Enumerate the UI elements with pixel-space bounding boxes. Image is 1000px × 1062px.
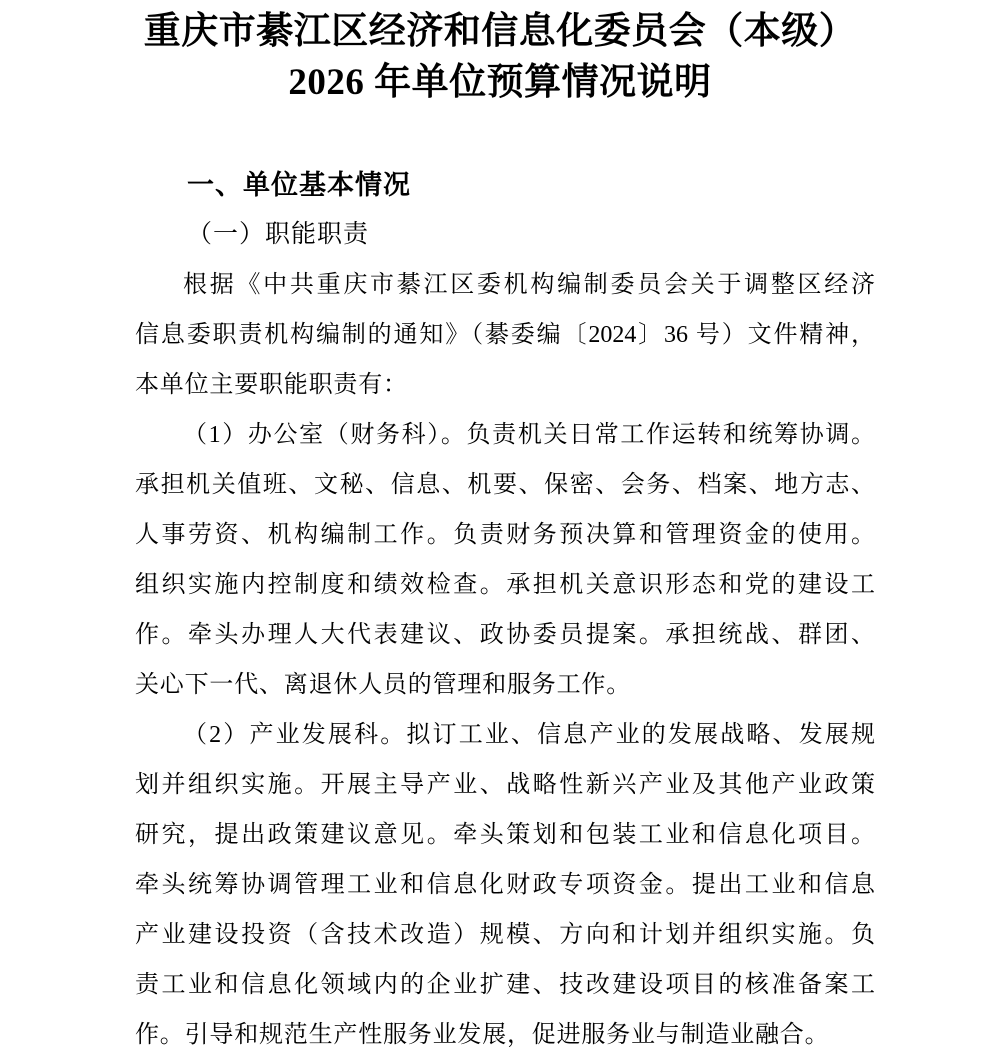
section-heading: 一、单位基本情况 <box>135 160 875 210</box>
text-line: 人事劳资、机构编制工作。负责财务预决算和管理资金的使用。 <box>135 510 875 560</box>
text-line: 作。牵头办理人大代表建议、政协委员提案。承担统战、群团、 <box>135 610 875 660</box>
text-line: 产业建设投资（含技术改造）规模、方向和计划并组织实施。负 <box>135 910 875 960</box>
text-line: 信息委职责机构编制的通知》（綦委编〔2024〕36 号）文件精神， <box>135 310 875 360</box>
text-line: 根据《中共重庆市綦江区委机构编制委员会关于调整区经济 <box>135 260 875 310</box>
text-line: 划并组织实施。开展主导产业、战略性新兴产业及其他产业政策 <box>135 760 875 810</box>
paragraph-duty-industry: （2）产业发展科。拟订工业、信息产业的发展战略、发展规 划并组织实施。开展主导产… <box>135 710 875 1060</box>
text-line: （2）产业发展科。拟订工业、信息产业的发展战略、发展规 <box>135 710 875 760</box>
document-title: 重庆市綦江区经济和信息化委员会（本级） 2026 年单位预算情况说明 <box>0 0 1000 108</box>
subsection-heading: （一）职能职责 <box>135 210 875 260</box>
text-line: 责工业和信息化领域内的企业扩建、技改建设项目的核准备案工 <box>135 960 875 1010</box>
text-line: 承担机关值班、文秘、信息、机要、保密、会务、档案、地方志、 <box>135 460 875 510</box>
text-line: 本单位主要职能职责有： <box>135 360 875 410</box>
text-line: 作。引导和规范生产性服务业发展，促进服务业与制造业融合。 <box>135 1010 875 1060</box>
text-line: 牵头统筹协调管理工业和信息化财政专项资金。提出工业和信息 <box>135 860 875 910</box>
text-line: 组织实施内控制度和绩效检查。承担机关意识形态和党的建设工 <box>135 560 875 610</box>
document-title-line-1: 重庆市綦江区经济和信息化委员会（本级） <box>0 6 1000 57</box>
text-line: 关心下一代、离退休人员的管理和服务工作。 <box>135 660 875 710</box>
document-page: 重庆市綦江区经济和信息化委员会（本级） 2026 年单位预算情况说明 一、单位基… <box>0 0 1000 1062</box>
document-body: 一、单位基本情况 （一）职能职责 根据《中共重庆市綦江区委机构编制委员会关于调整… <box>135 160 875 1060</box>
paragraph-basis: 根据《中共重庆市綦江区委机构编制委员会关于调整区经济 信息委职责机构编制的通知》… <box>135 260 875 410</box>
paragraph-duty-office: （1）办公室（财务科）。负责机关日常工作运转和统筹协调。 承担机关值班、文秘、信… <box>135 410 875 710</box>
text-line: 研究，提出政策建议意见。牵头策划和包装工业和信息化项目。 <box>135 810 875 860</box>
document-title-line-2: 2026 年单位预算情况说明 <box>0 57 1000 108</box>
text-line: （1）办公室（财务科）。负责机关日常工作运转和统筹协调。 <box>135 410 875 460</box>
